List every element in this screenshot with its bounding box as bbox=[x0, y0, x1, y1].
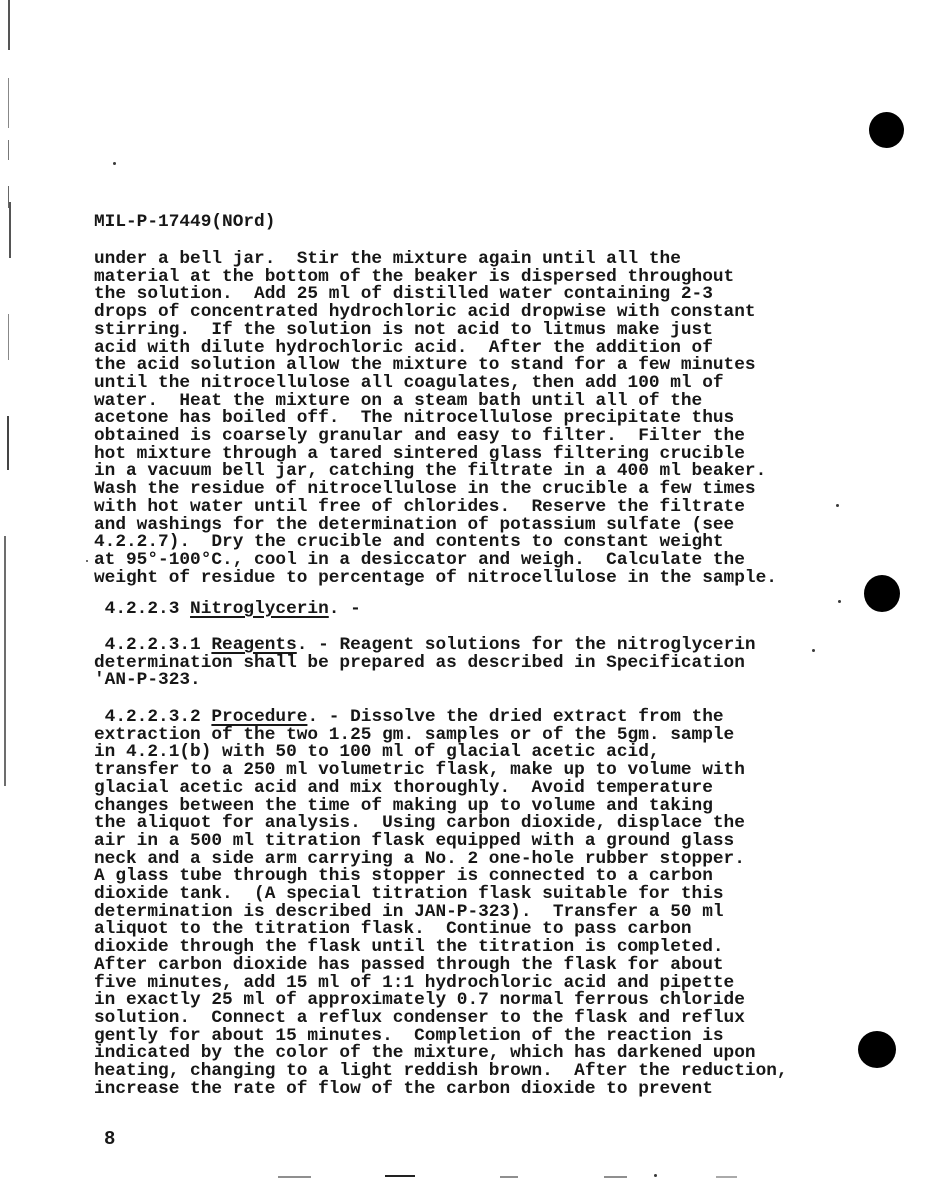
scan-artifact-speck bbox=[812, 649, 815, 652]
scan-artifact-speck bbox=[113, 162, 116, 165]
scanned-document-page: MIL-P-17449(NOrd) under a bell jar. Stir… bbox=[0, 0, 925, 1183]
scan-artifact-line bbox=[7, 416, 9, 470]
scan-artifact-line bbox=[8, 140, 9, 160]
scan-artifact-line bbox=[4, 536, 6, 786]
scan-artifact-speck bbox=[86, 560, 88, 562]
section-heading-nitroglycerin: 4.2.2.3 Nitroglycerin. - bbox=[94, 601, 361, 619]
scan-artifact-line bbox=[8, 0, 10, 50]
scan-artifact-line bbox=[8, 314, 9, 360]
paragraph-text: . - Dissolve the dried extract from the … bbox=[94, 707, 788, 1099]
paragraph-procedure: 4.2.2.3.2 Procedure. - Dissolve the drie… bbox=[94, 709, 788, 1098]
heading-suffix: . - bbox=[329, 599, 361, 619]
scan-artifact-line bbox=[9, 202, 11, 258]
heading-number: 4.2.2.3 bbox=[94, 599, 190, 619]
registration-dot-icon bbox=[858, 1031, 896, 1068]
document-number: MIL-P-17449(NOrd) bbox=[94, 214, 275, 232]
heading-term: Nitroglycerin bbox=[190, 599, 329, 619]
scan-artifact-dash bbox=[500, 1176, 518, 1178]
scan-artifact-dash bbox=[385, 1175, 415, 1177]
paragraph-nitrocellulose-procedure: under a bell jar. Stir the mixture again… bbox=[94, 251, 777, 587]
paragraph-reagents: 4.2.2.3.1 Reagents. - Reagent solutions … bbox=[94, 637, 756, 690]
scan-artifact-dash bbox=[278, 1176, 311, 1178]
registration-dot-icon bbox=[869, 112, 904, 148]
page-number: 8 bbox=[104, 1128, 115, 1150]
scan-artifact-speck bbox=[836, 504, 839, 507]
scan-artifact-speck bbox=[654, 1174, 657, 1177]
scan-artifact-dash bbox=[716, 1176, 737, 1178]
scan-artifact-line bbox=[8, 78, 9, 128]
registration-dot-icon bbox=[864, 575, 900, 612]
scan-artifact-speck bbox=[838, 600, 841, 603]
scan-artifact-dash bbox=[604, 1176, 627, 1178]
